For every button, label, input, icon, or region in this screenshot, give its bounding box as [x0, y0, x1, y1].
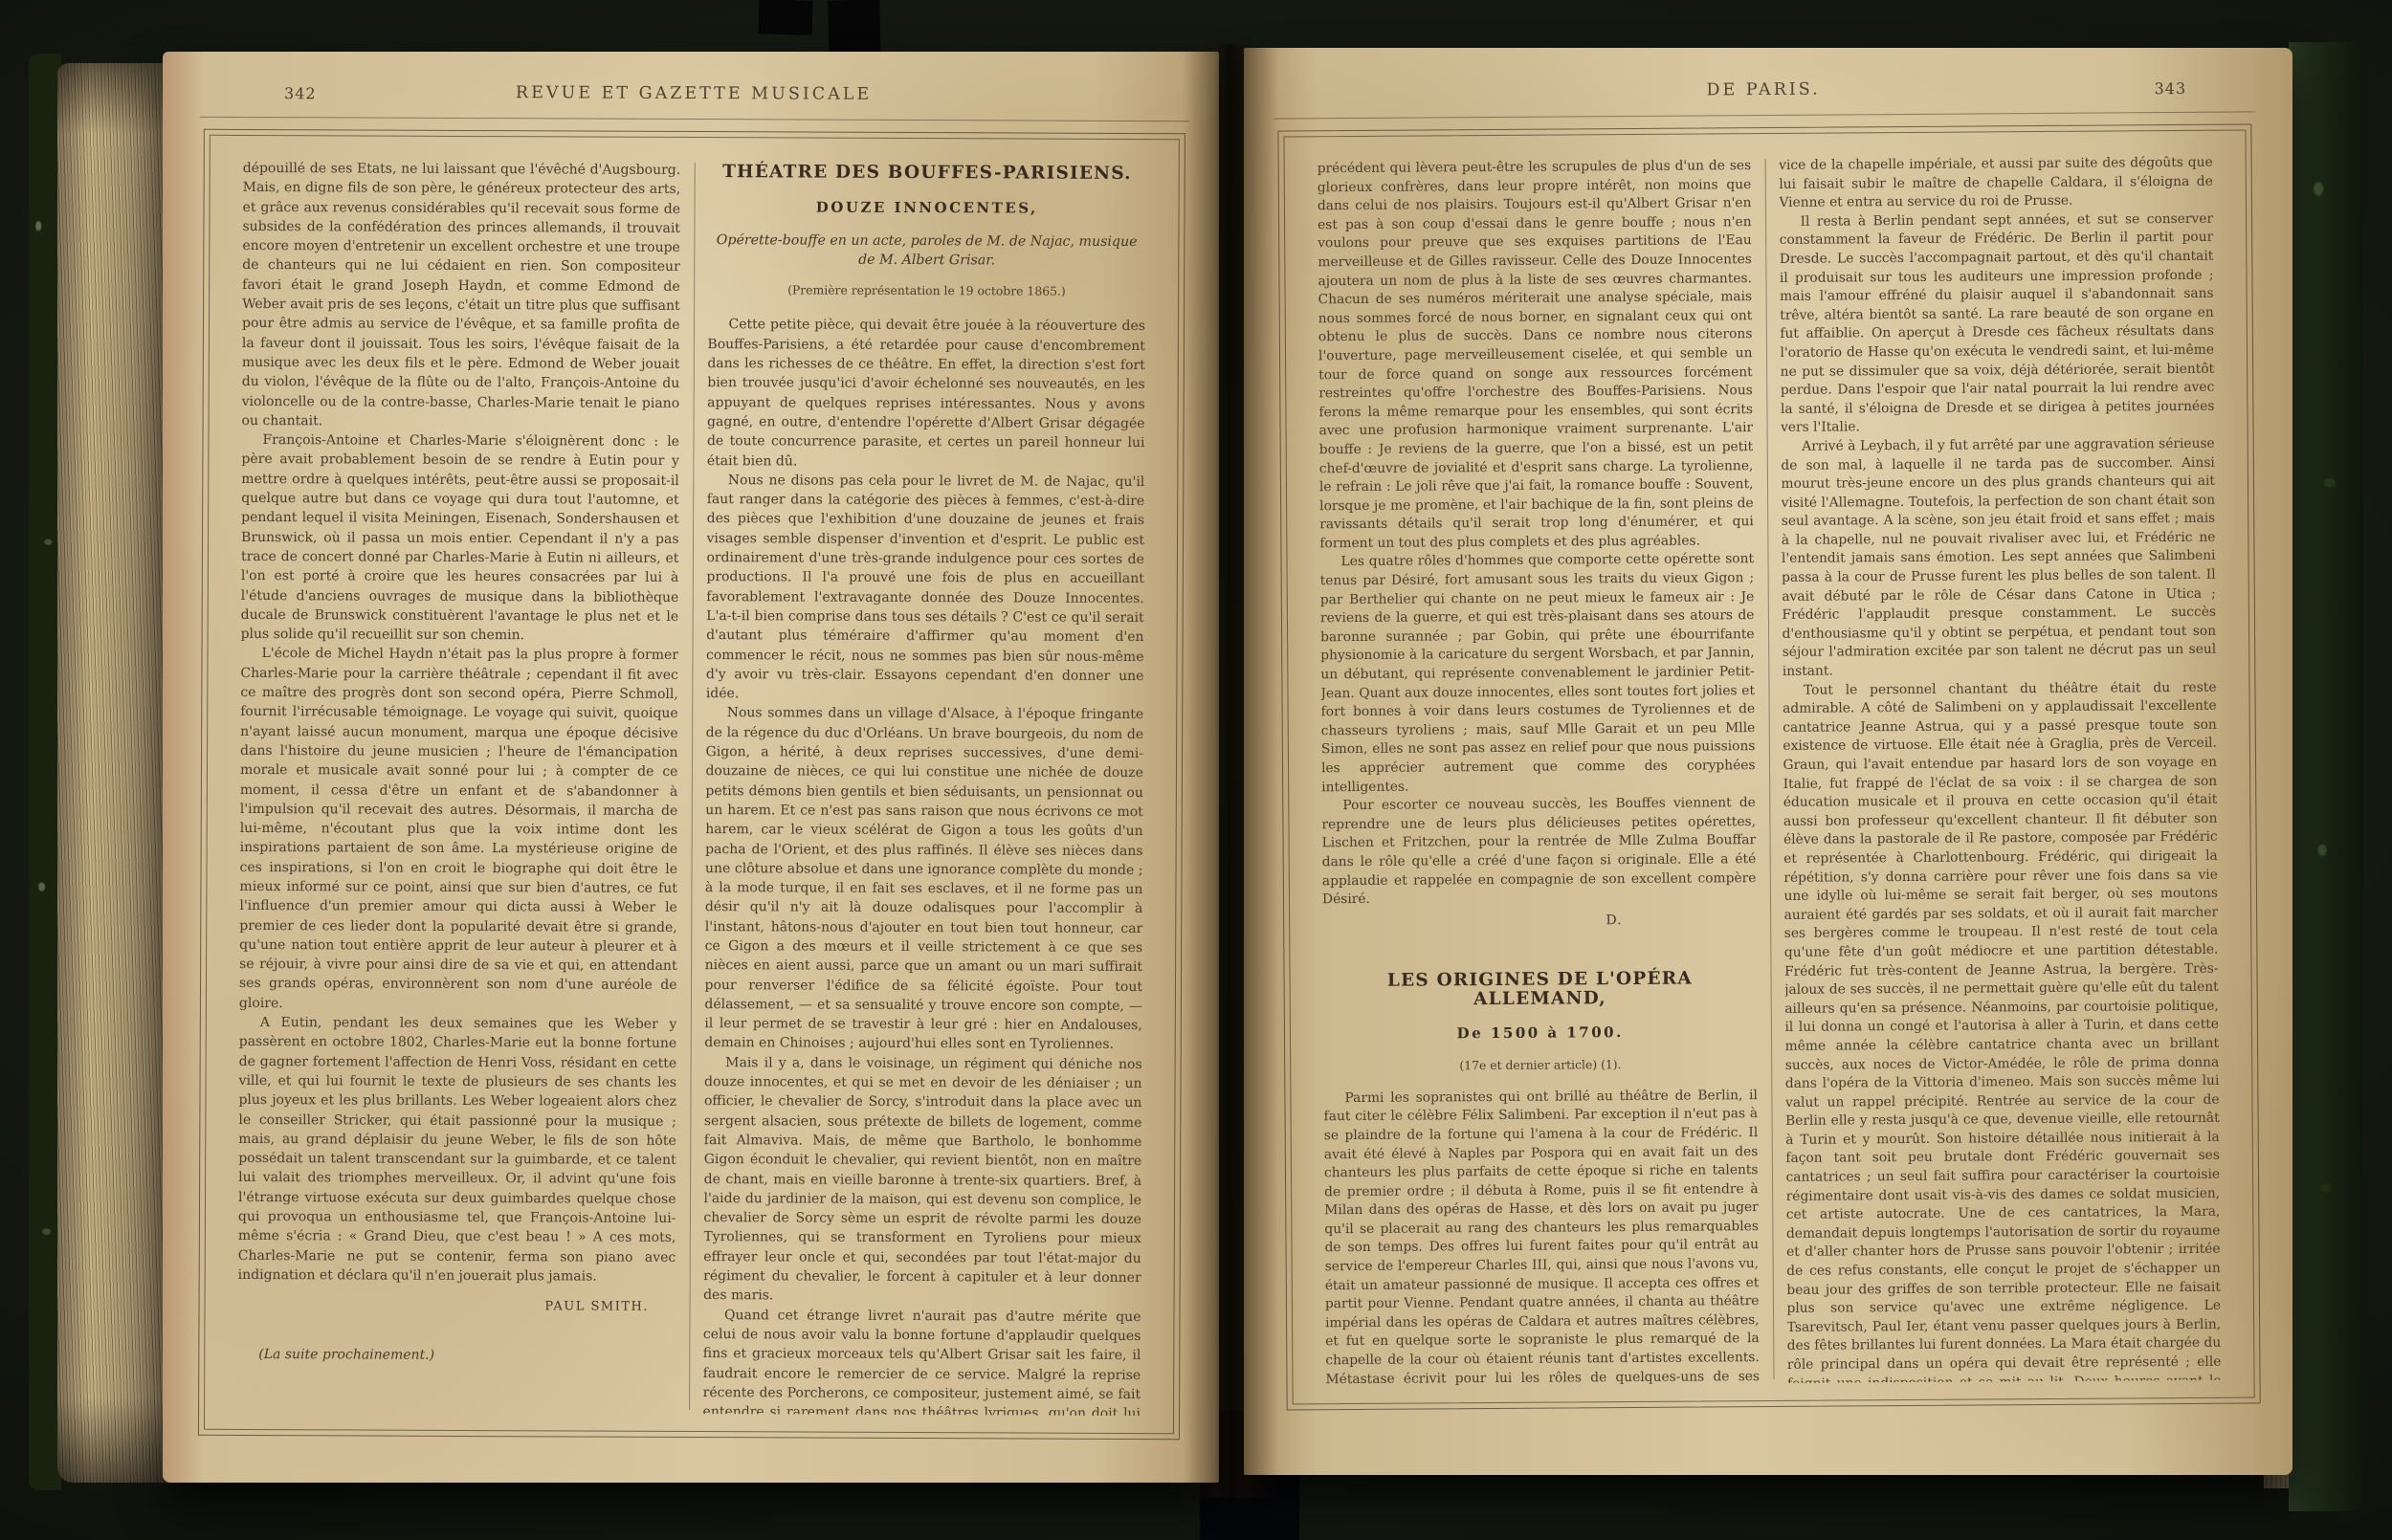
column-divider [1764, 159, 1774, 1379]
book-cover-left-edge [29, 54, 61, 1490]
page-header: DE PARIS. 343 [1279, 77, 2248, 110]
header-rule [200, 117, 1189, 122]
paragraph: Parmi les sopranistes qui ont brillé au … [1323, 1087, 1760, 1386]
paragraph: précédent qui lèvera peut-être les scrup… [1318, 157, 1754, 554]
column-divider [689, 163, 696, 1410]
premiere-note: (Première représentation le 19 octobre 1… [708, 280, 1146, 301]
paragraph: L'école de Michel Haydn n'était pas la p… [239, 644, 678, 1015]
author-signature: D. [1322, 911, 1757, 933]
page-block-fore-edge-left [57, 63, 168, 1483]
paragraph: Arrivé à Leybach, il y fut arrêté par un… [1781, 435, 2216, 682]
page-header: 342 REVUE ET GAZETTE MUSICALE [206, 82, 1182, 113]
header-rule [1274, 111, 2255, 119]
running-title: REVUE ET GAZETTE MUSICALE [206, 82, 1182, 105]
column-1-weber-article: dépouillé de ses Etats, ne lui laissant … [237, 159, 680, 1414]
paragraph: dépouillé de ses Etats, ne lui laissant … [242, 159, 681, 432]
article-title: LES ORIGINES DE L'OPÉRA ALLEMAND, [1323, 969, 1758, 1009]
continuation-note: (La suite prochainement.) [237, 1344, 676, 1365]
paragraph: Les quatre rôles d'hommes que comporte c… [1319, 551, 1755, 798]
page-343: DE PARIS. 343 précédent qui lèvera peut-… [1244, 48, 2292, 1475]
paragraph: Quand cet étrange livret n'aurait pas d'… [703, 1306, 1141, 1416]
paragraph: Mais il y a, dans le voisinage, un régim… [703, 1053, 1142, 1308]
page-frame-inner: dépouillé de ses Etats, ne lui laissant … [204, 135, 1180, 1434]
paragraph: Tout le personnel chantant du théâtre ét… [1783, 678, 2222, 1383]
article-subtitle: De 1500 à 1700. [1323, 1023, 1758, 1045]
binding-strap [759, 0, 813, 35]
page-frame: dépouillé de ses Etats, ne lui laissant … [198, 129, 1185, 1440]
text-columns: dépouillé de ses Etats, ne lui laissant … [237, 159, 1146, 1416]
page-342: 342 REVUE ET GAZETTE MUSICALE dépouillé … [163, 52, 1219, 1483]
paragraph: Pour escorter ce nouveau succès, les Bou… [1321, 794, 1756, 910]
article-title: THÉATRE DES BOUFFES-PARISIENS. [708, 163, 1146, 184]
book-scan: 342 REVUE ET GAZETTE MUSICALE dépouillé … [0, 0, 2392, 1540]
text-columns: précédent qui lèvera peut-être les scrup… [1318, 154, 2222, 1387]
column-2-bouffes-review: THÉATRE DES BOUFFES-PARISIENS. DOUZE INN… [703, 161, 1146, 1416]
paragraph: A Eutin, pendant les deux semaines que l… [238, 1013, 677, 1287]
paragraph: Cette petite pièce, qui devait être joué… [707, 316, 1145, 473]
book-cover-right-edge [2289, 42, 2363, 1511]
paragraph: Nous sommes dans un village d'Alsace, à … [704, 703, 1143, 1054]
page-frame-inner: précédent qui lèvera peut-être les scrup… [1283, 129, 2254, 1404]
paragraph: vice de la chapelle impériale, et aussi … [1779, 154, 2213, 213]
paragraph: Il resta à Berlin pendant sept années, e… [1779, 210, 2214, 438]
running-title: DE PARIS. [1279, 77, 2248, 102]
article-subtitle: DOUZE INNOCENTES, [708, 197, 1146, 218]
paragraph: Nous ne disons pas cela pour le livret d… [706, 471, 1145, 706]
section-separator-rule [1449, 949, 1630, 950]
author-signature: PAUL SMITH. [237, 1296, 676, 1317]
paragraph: François-Antoine et Charles-Marie s'éloi… [241, 430, 679, 646]
series-note: (17e et dernier article) (1). [1323, 1054, 1758, 1076]
page-frame: précédent qui lèvera peut-être les scrup… [1277, 123, 2260, 1410]
column-1-review-end-and-opera-allemand: précédent qui lèvera peut-être les scrup… [1318, 157, 1760, 1386]
page-number: 343 [2154, 79, 2186, 98]
column-2-salimbeni: vice de la chapelle impériale, et aussi … [1779, 154, 2221, 1383]
article-byline: Opérette-bouffe en un acte, paroles de M… [710, 231, 1144, 272]
